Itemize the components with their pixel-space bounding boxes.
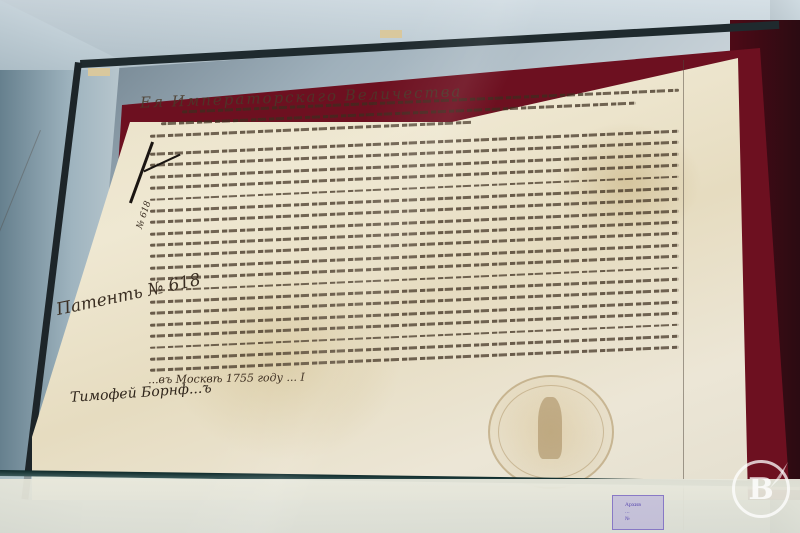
archive-stamp: Архив ... № xyxy=(612,495,664,530)
mount-clip xyxy=(88,68,110,76)
watermark-logo-icon: В xyxy=(732,460,790,518)
lower-parchment-reflection xyxy=(0,479,800,533)
seal-figure-icon xyxy=(538,397,562,459)
wax-seal xyxy=(488,375,614,489)
mount-clip xyxy=(380,30,402,38)
stamp-text: Архив ... № xyxy=(625,502,641,523)
photo-scene: Ея Императорскаго Величества Патенть № 6… xyxy=(0,0,800,533)
